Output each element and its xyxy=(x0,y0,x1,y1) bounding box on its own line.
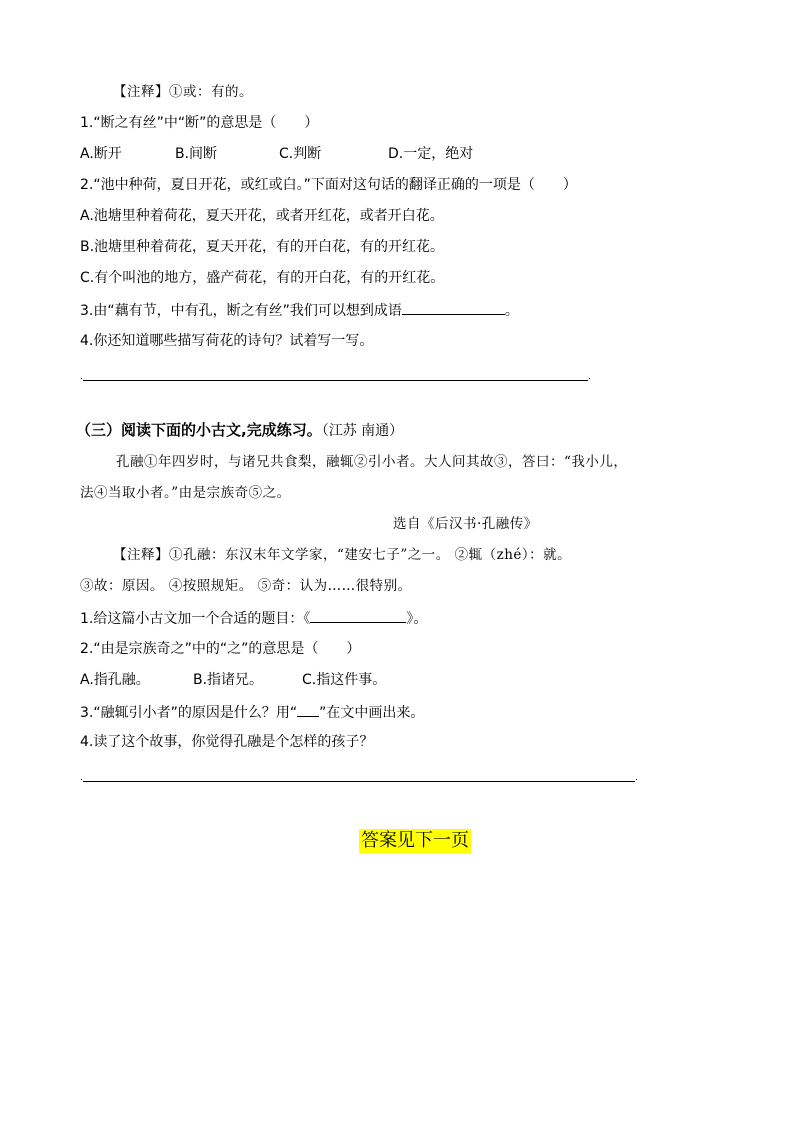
s3-q2-option-b: B.指诸兄。 xyxy=(193,671,263,689)
s3-q1-text: 1.给这篇小古文加一个合适的题目：《 xyxy=(80,611,310,627)
section3-source-region: （江苏 南通） xyxy=(322,423,403,439)
s2-q2-option-b: B.池塘里种着荷花，夏天开花，有的开白花，有的开红花。 xyxy=(80,238,444,256)
note-section2: 【注释】①或：有的。 xyxy=(113,83,253,101)
idiom-answer-blank[interactable] xyxy=(402,300,505,315)
s3-q3-text-end: ”在文中画出来。 xyxy=(319,705,424,721)
line-end-mark xyxy=(636,779,637,780)
line-end-mark xyxy=(589,378,590,379)
s2-q1-option-d: D.一定，绝对 xyxy=(388,145,473,163)
s2-q3-text: 3.由“藕有节，中有孔，断之有丝”我们可以想到成语 xyxy=(80,303,402,319)
s2-question-3: 3.由“藕有节，中有孔，断之有丝”我们可以想到成语。 xyxy=(80,300,519,320)
section3-heading: （三）阅读下面的小古文,完成练习。（江苏 南通） xyxy=(76,421,403,440)
passage-citation: 选自《后汉书·孔融传》 xyxy=(393,515,538,533)
underline-sample xyxy=(297,702,319,717)
s2-q3-text-end: 。 xyxy=(505,303,519,319)
poem-answer-line[interactable] xyxy=(83,380,588,381)
s3-question-4: 4.读了这个故事，你觉得孔融是个怎样的孩子？ xyxy=(80,733,373,751)
s2-q2-option-a: A.池塘里种着荷花，夏天开花，或者开红花，或者开白花。 xyxy=(80,207,444,225)
s2-question-1: 1.“断之有丝”中“断”的意思是（ ） xyxy=(80,114,318,132)
s2-question-4: 4.你还知道哪些描写荷花的诗句？试着写一写。 xyxy=(80,332,373,350)
s2-q1-option-c: C.判断 xyxy=(279,145,321,163)
s2-q2-option-c: C.有个叫池的地方，盛产荷花，有的开白花，有的开红花。 xyxy=(80,269,444,287)
s3-q2-option-c: C.指这件事。 xyxy=(302,671,386,689)
s2-q1-option-b: B.间断 xyxy=(175,145,217,163)
passage-line-1: 孔融①年四岁时，与诸兄共食梨，融辄②引小者。大人问其故③，答曰：“我小儿， xyxy=(116,453,627,471)
note-section3-line-1: 【注释】①孔融：东汉末年文学家，“建安七子”之一。 ②辄（zhé）：就。 xyxy=(113,546,571,564)
section3-title: （三）阅读下面的小古文,完成练习。 xyxy=(76,421,322,439)
answer-next-page-note: 答案见下一页 xyxy=(359,829,471,853)
s3-question-1: 1.给这篇小古文加一个合适的题目：《》。 xyxy=(80,608,427,628)
line-start-mark xyxy=(81,779,82,780)
s2-q1-option-a: A.断开 xyxy=(80,145,122,163)
s3-question-2: 2.“由是宗族奇之”中的“之”的意思是（ ） xyxy=(80,640,360,658)
passage-line-2: 法④当取小者。”由是宗族奇⑤之。 xyxy=(80,484,291,502)
character-answer-line[interactable] xyxy=(83,781,635,782)
title-answer-blank[interactable] xyxy=(310,608,406,623)
s3-question-3: 3.“融辄引小者”的原因是什么？用“”在文中画出来。 xyxy=(80,702,424,722)
s2-question-2: 2.“池中种荷，夏日开花，或红或白。”下面对这句话的翻译正确的一项是（ ） xyxy=(80,176,577,194)
s3-q2-option-a: A.指孔融。 xyxy=(80,671,150,689)
s3-q1-text-end: 》。 xyxy=(406,611,427,627)
note-section3-line-2: ③故：原因。 ④按照规矩。 ⑤奇：认为……很特别。 xyxy=(80,577,412,595)
line-start-mark xyxy=(81,378,82,379)
s3-q3-text: 3.“融辄引小者”的原因是什么？用“ xyxy=(80,705,297,721)
